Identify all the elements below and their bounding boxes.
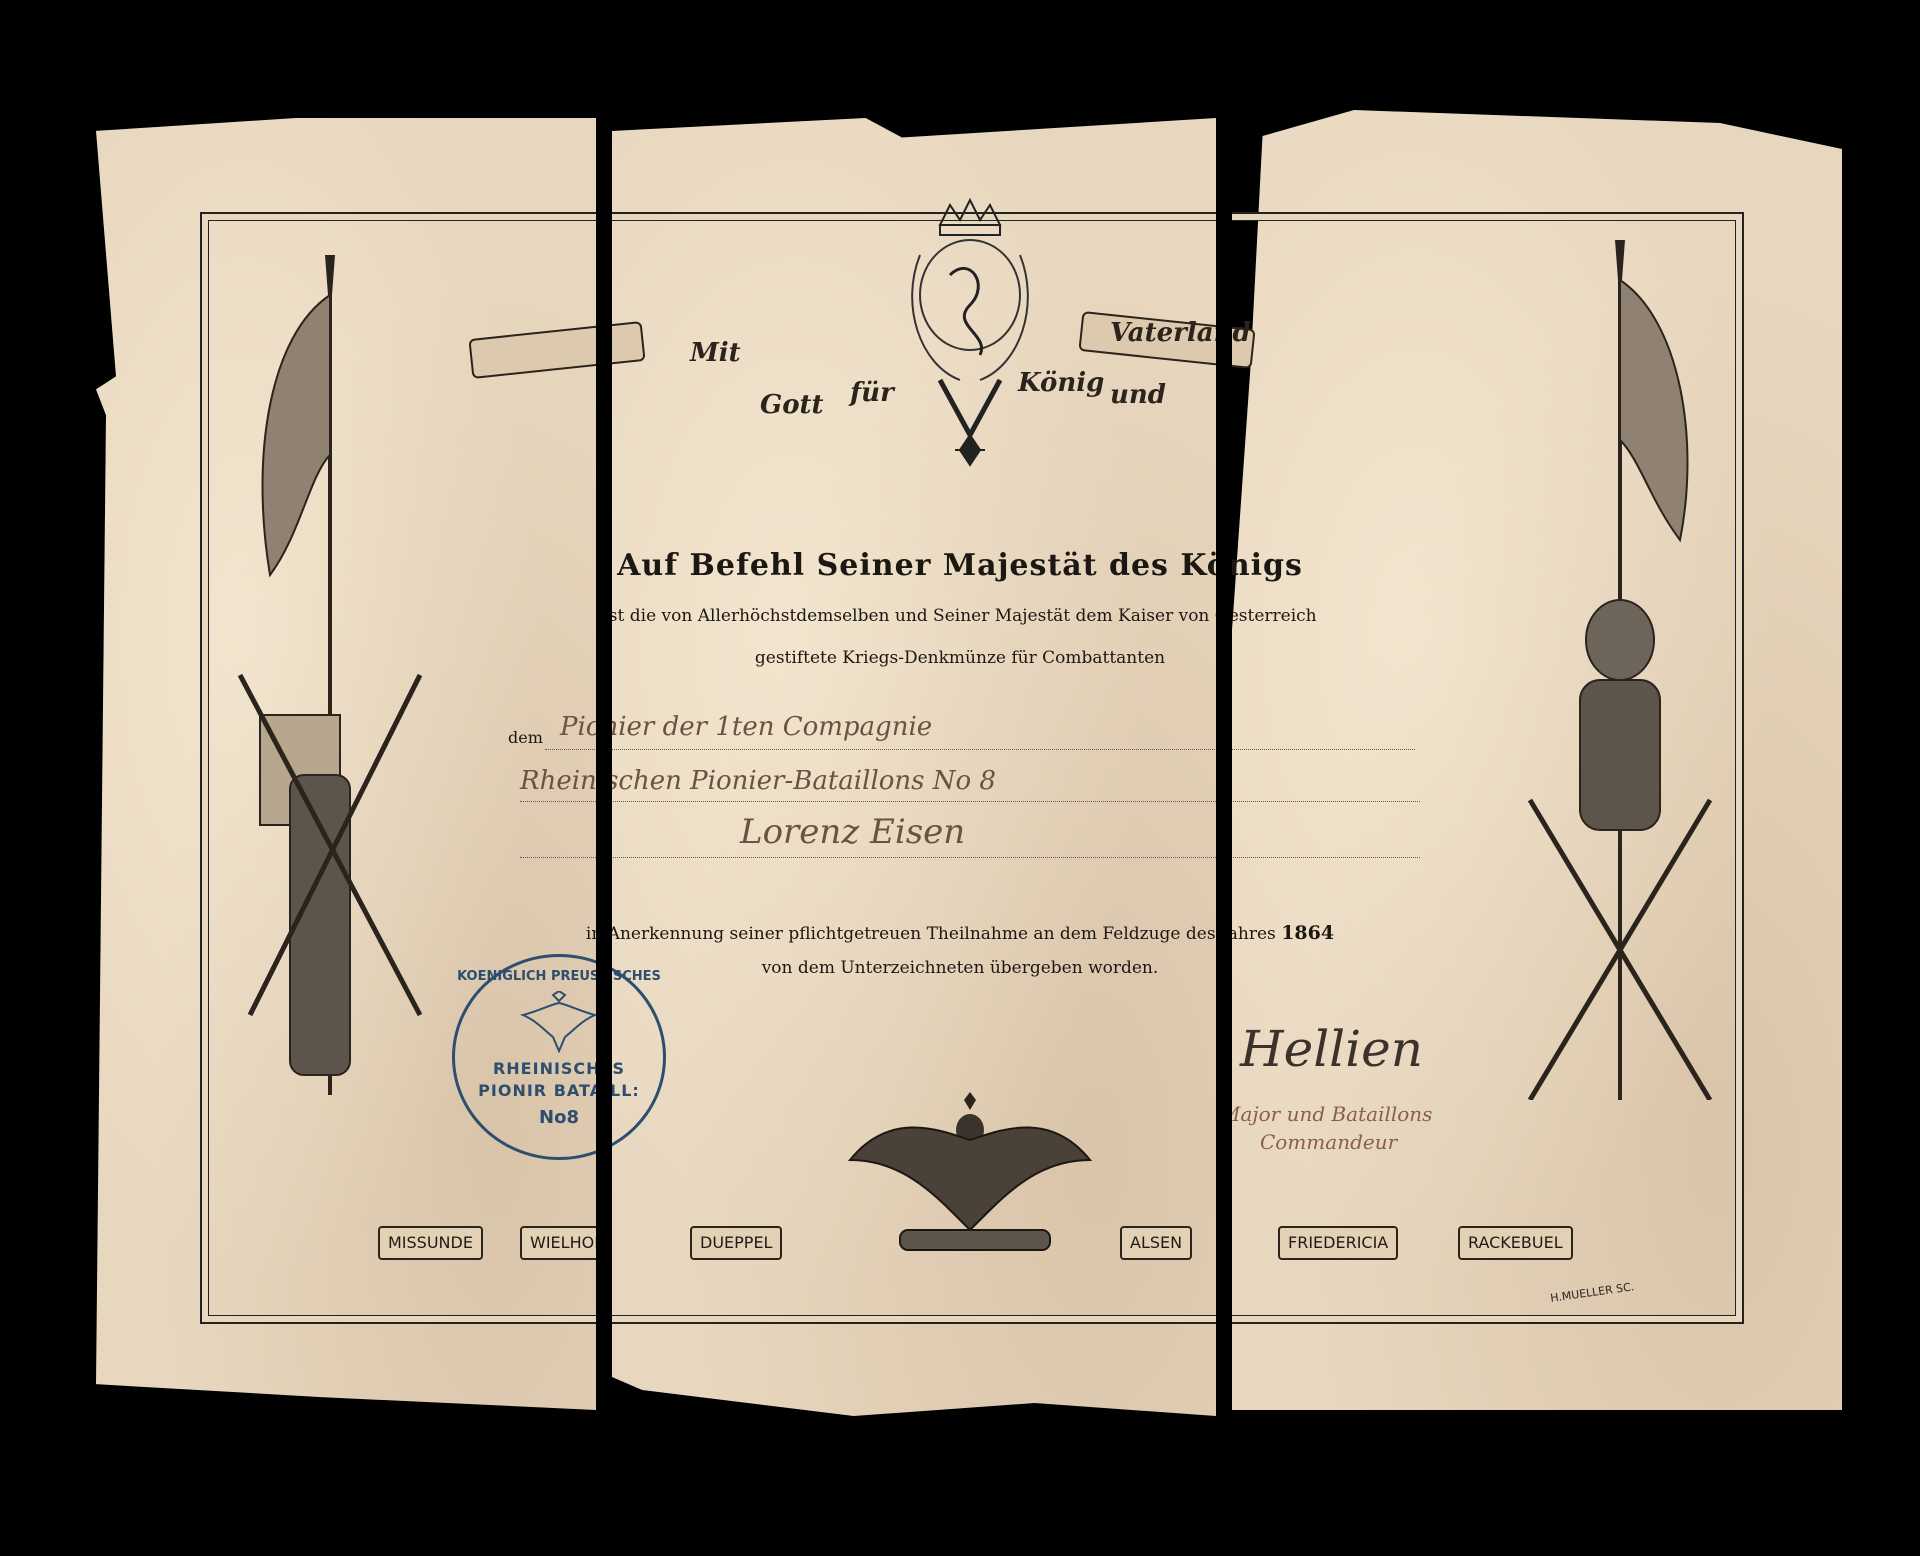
motto-word: Mit (690, 338, 741, 368)
royal-crest-icon (880, 195, 1060, 495)
fill-line (545, 748, 1415, 750)
right-military-trophy-icon (1500, 240, 1740, 1100)
prussian-eagle-icon (840, 1090, 1100, 1270)
battle-ribbon: MISSUNDE (378, 1226, 483, 1260)
recipient-label: dem (508, 728, 543, 747)
recipient-name: Lorenz Eisen (740, 812, 965, 852)
motto-word: Gott (760, 390, 824, 420)
tear-gap (1216, 100, 1232, 1430)
tear-gap (596, 100, 612, 1430)
battle-ribbon: RACKEBUEL (1458, 1226, 1573, 1260)
fill-line (520, 800, 1420, 802)
stamp-ring-text: KOENIGLICH PREUSSISCHES (455, 969, 663, 984)
battle-ribbon: FRIEDERICIA (1278, 1226, 1398, 1260)
signature-title: Major und Bataillons Commandeur (1220, 1100, 1432, 1156)
official-stamp: KOENIGLICH PREUSSISCHES RHEINISCHES PION… (452, 954, 666, 1160)
commander-signature: Hellien (1240, 1020, 1423, 1078)
fill-line (520, 856, 1420, 858)
campaign-year: 1864 (1281, 922, 1334, 944)
recipient-unit-line: Pionier der 1ten Compagnie (560, 712, 932, 742)
motto-word: und (1110, 380, 1166, 410)
recipient-battalion-line: Rheinischen Pionier-Bataillons No 8 (520, 766, 996, 796)
battle-ribbon: ALSEN (1120, 1226, 1192, 1260)
left-military-trophy-icon (210, 255, 450, 1095)
motto-word: für (850, 378, 894, 408)
eagle-icon (519, 991, 599, 1053)
battle-ribbon: DUEPPEL (690, 1226, 782, 1260)
motto-word: König (1018, 368, 1104, 398)
